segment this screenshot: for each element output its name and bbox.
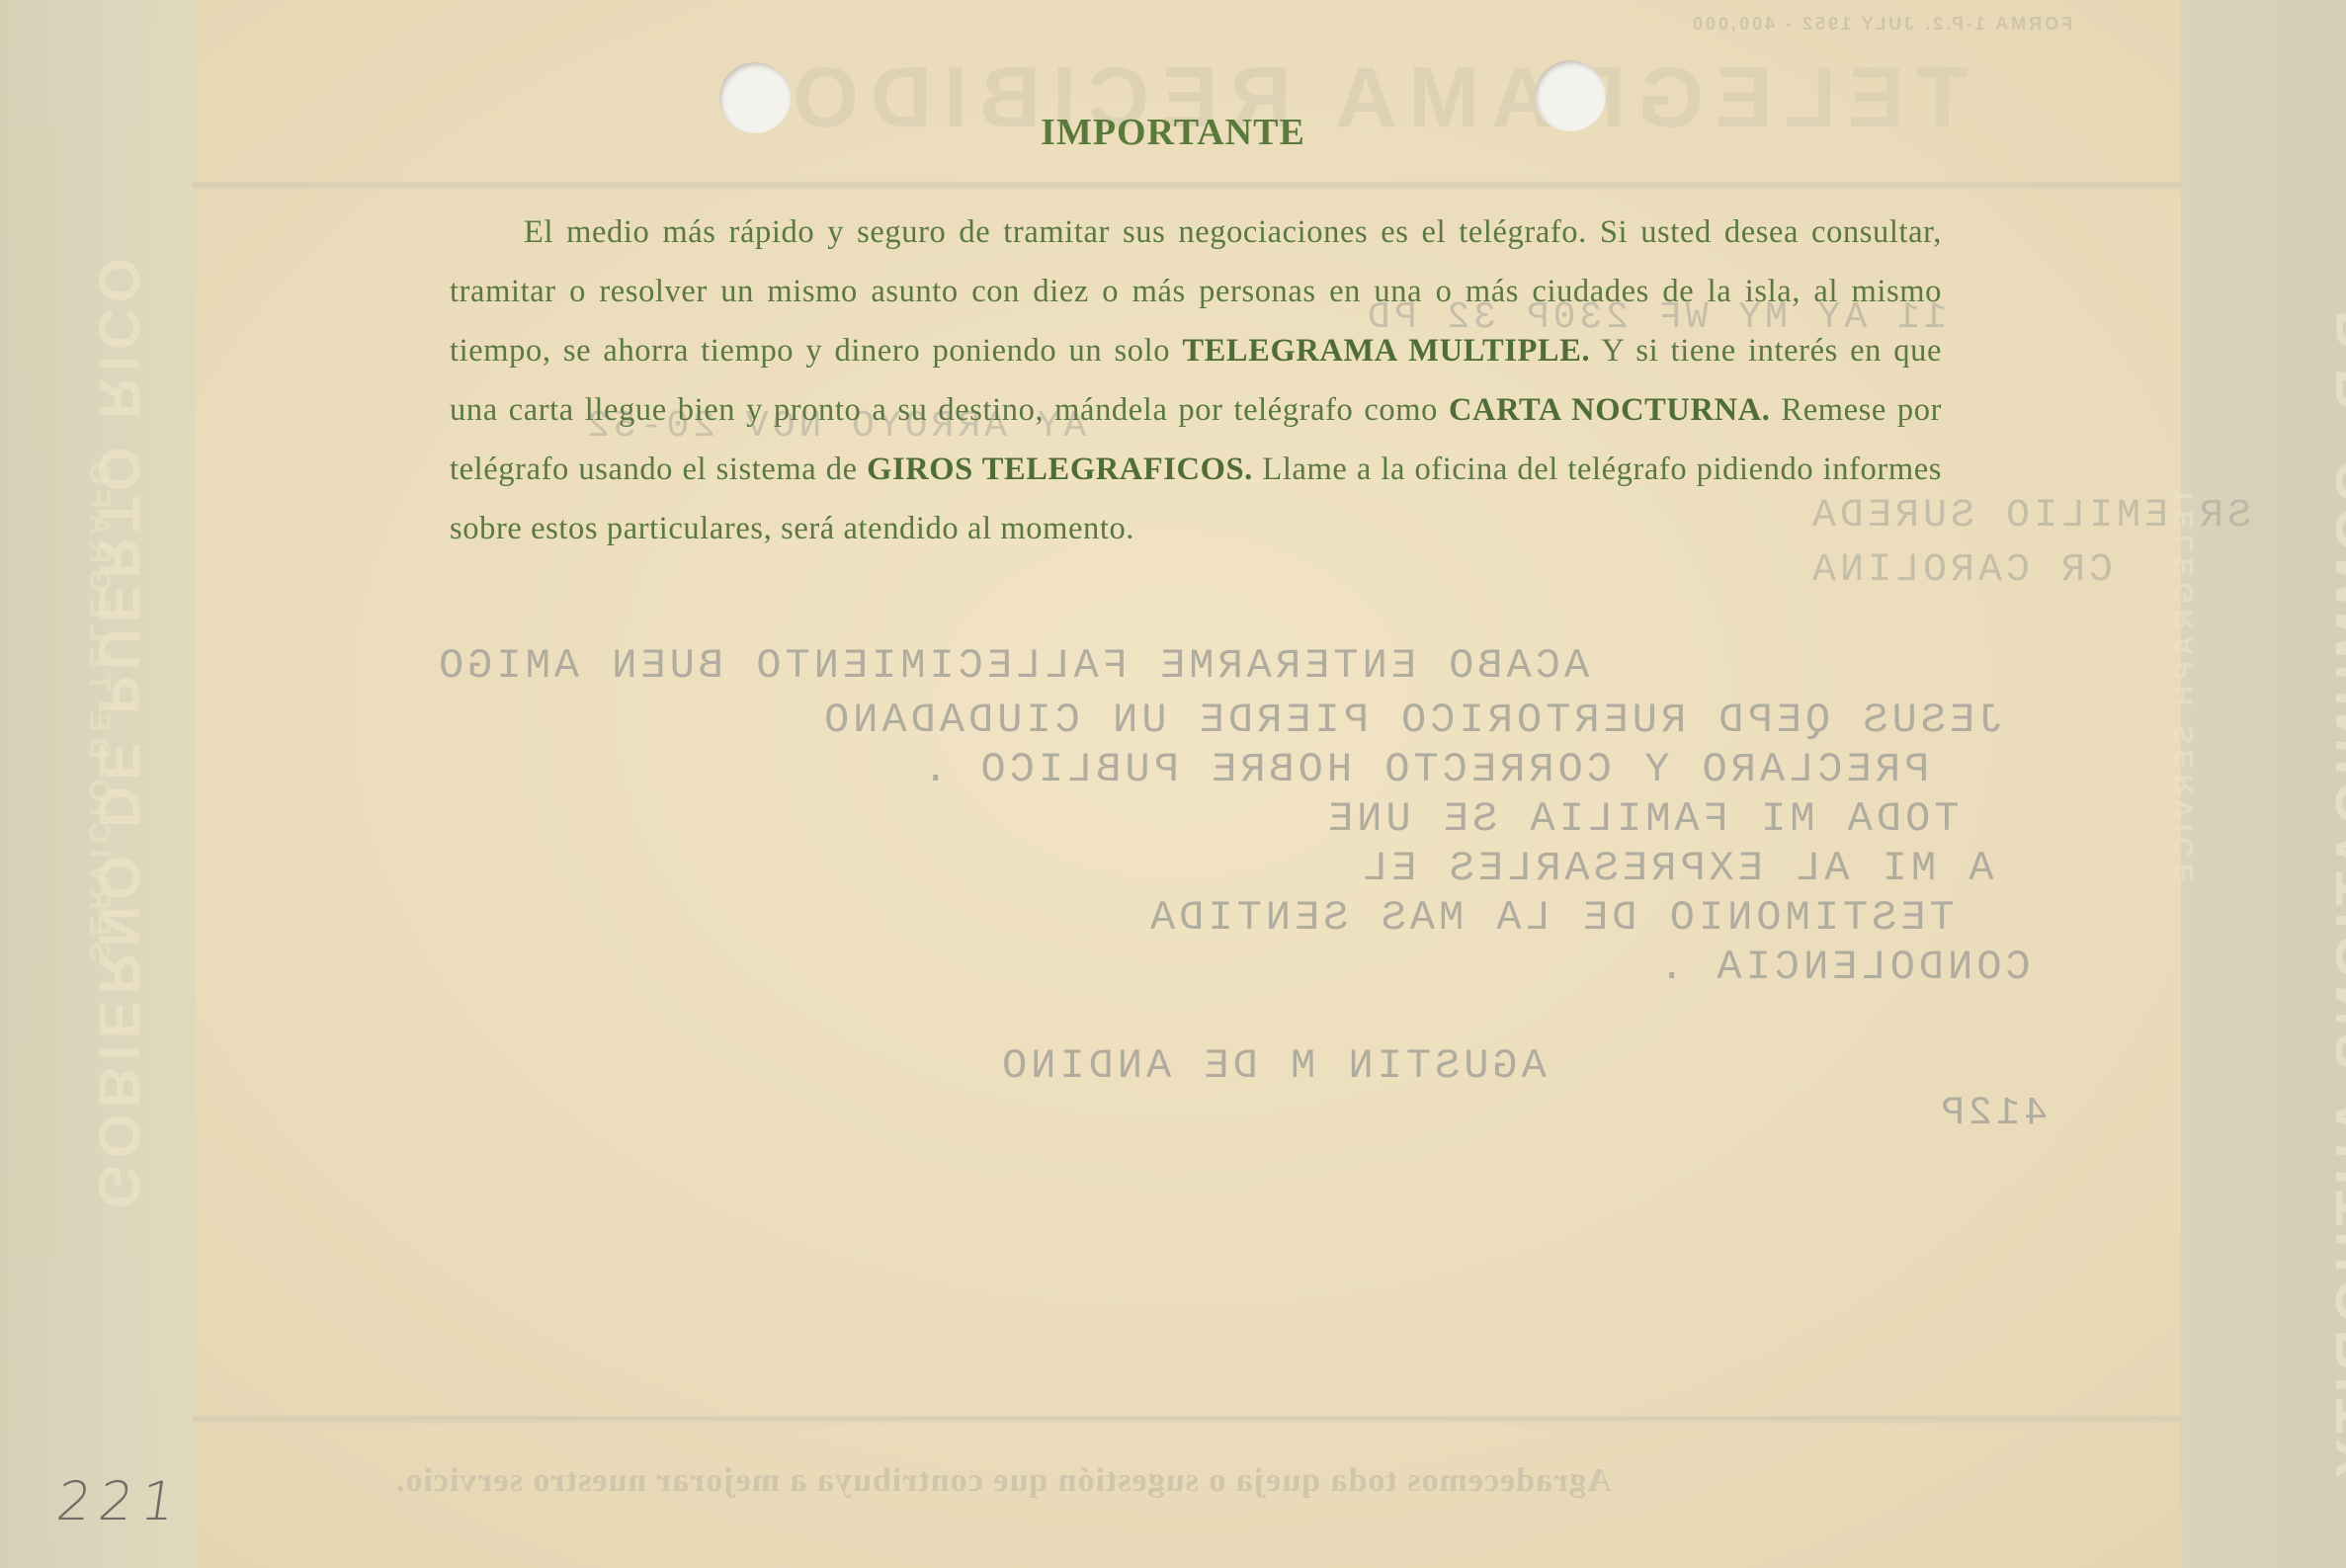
telegram-time: 412P — [1937, 1092, 2048, 1136]
telegram-line: PRECLARO Y CORRECTO HOBRE PUBLICO . — [919, 746, 1929, 793]
telegram-line: A MI AL EXPRESARLES EL — [1359, 845, 1994, 892]
notice-title: IMPORTANTE — [0, 111, 2346, 154]
telegram-signature: AGUSTIN M DE ANDINO — [998, 1042, 1547, 1090]
right-margin-bleed — [2181, 0, 2346, 1568]
telegram-line: JESUS QEPD RUERTORICO PIERDE UN CIUDADAN… — [820, 697, 2003, 744]
form-number-bleed: FORMA 1-P.2. JULY 1952 - 400,000 — [1690, 14, 2072, 35]
telegram-line: ACABO ENTERARME FALLECIMIENTO BUEN AMIGO — [435, 642, 1589, 690]
handwritten-page-number: 221 — [53, 1470, 188, 1532]
telegram-line: TESTIMONIO DE LA MAS SENTIDA — [1146, 894, 1955, 942]
telegram-line: CONDOLENCIA . — [1655, 944, 2031, 991]
left-margin-bleed: GOBIERNO DE PUERTO RICO SERVICIO DE TELE… — [0, 0, 196, 1568]
telegram-line: TODA MI FAMILIA SE UNE — [1324, 795, 1960, 843]
notice-body: El medio más rápido y seguro de tramitar… — [450, 203, 1942, 558]
footer-bleed: Agradecemos toda queja o sugestión que c… — [395, 1462, 1612, 1500]
notice-emphasis: CARTA NOCTURNA. — [1449, 392, 1771, 428]
notice-emphasis: GIROS TELEGRAFICOS. — [867, 452, 1253, 487]
left-margin-subtext: SERVICIO DE TELEGRAFO — [82, 412, 116, 1005]
right-margin-text: P.R. COMMUNICATIONS AUTHORITY — [2324, 310, 2346, 1140]
bottom-rule-bleed — [193, 1415, 2181, 1425]
top-rule-bleed — [193, 181, 2181, 191]
right-margin-subtext: TELEGRAPH SERVICE — [2168, 480, 2200, 895]
notice-emphasis: TELEGRAMA MULTIPLE. — [1182, 333, 1590, 369]
